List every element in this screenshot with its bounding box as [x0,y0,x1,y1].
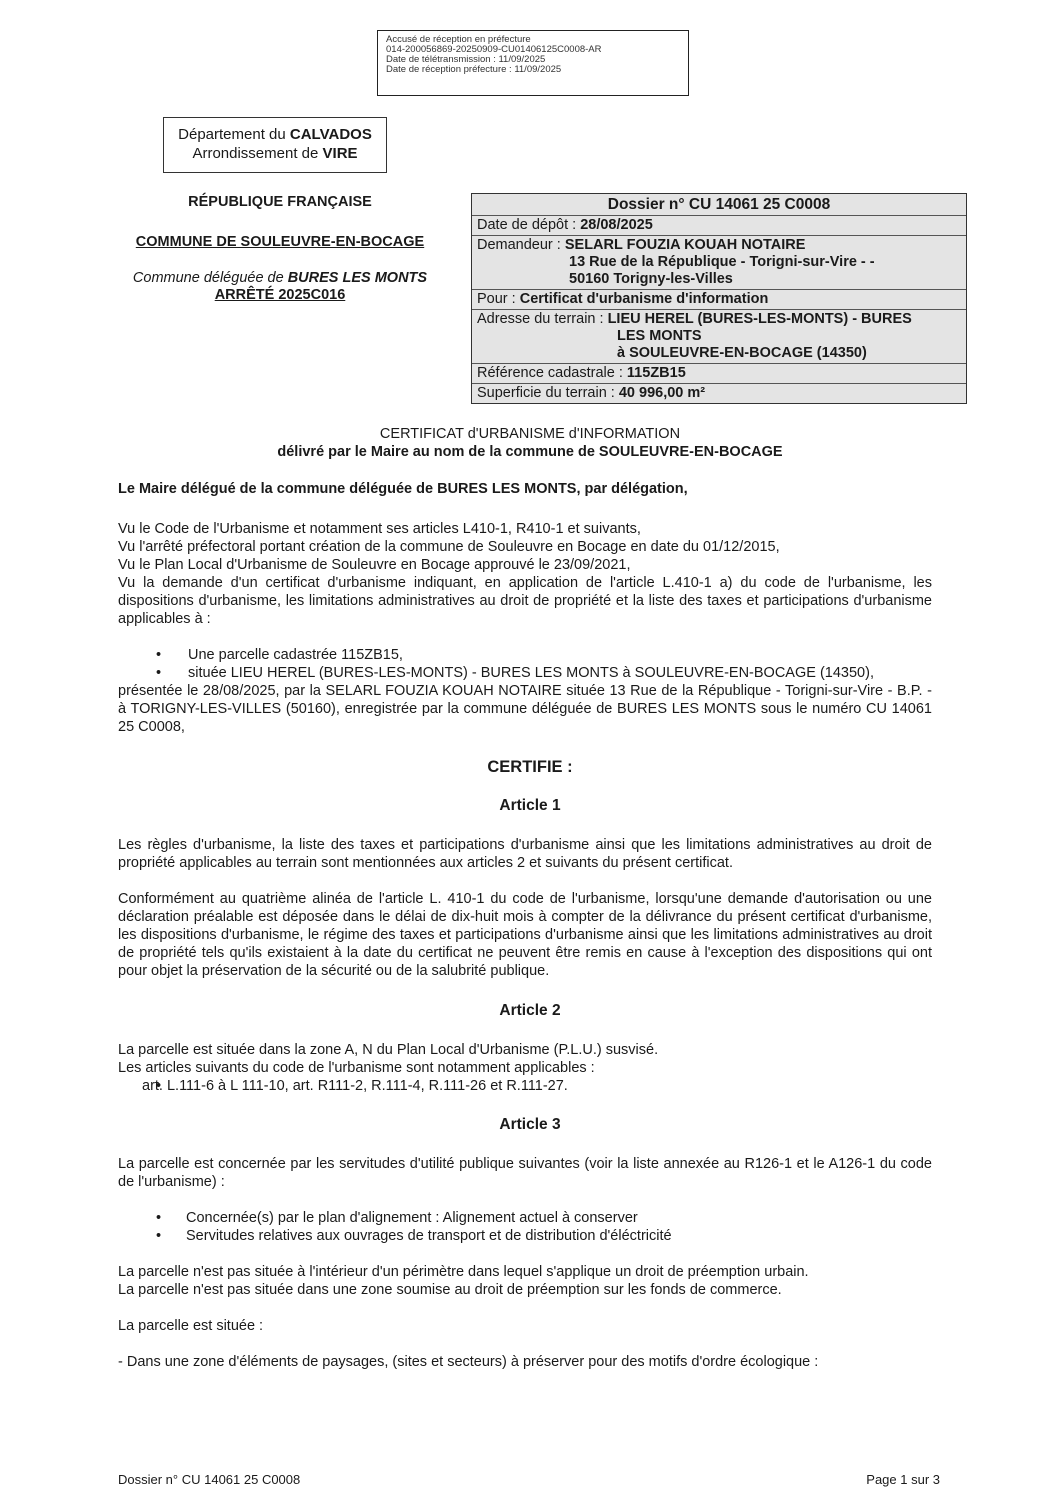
article-2-title: Article 2 [110,1002,950,1020]
article-3-paragraph: La parcelle est concernée par les servit… [118,1155,932,1191]
consideration: Vu la demande d'un certificat d'urbanism… [118,574,932,628]
cadastral-row: Référence cadastrale : 115ZB15 [472,363,966,383]
department-line: Département du CALVADOS [164,125,386,144]
article-2-body: La parcelle est située dans la zone A, N… [118,1041,932,1095]
article-2-paragraph: La parcelle est située dans la zone A, N… [118,1041,932,1059]
consideration: Vu l'arrêté préfectoral portant création… [118,538,932,556]
prefecture-receipt-stamp: Accusé de réception en préfecture 014-20… [377,30,689,96]
area-label: Superficie du terrain : [477,385,619,401]
applicant-name: SELARL FOUZIA KOUAH NOTAIRE [565,237,806,253]
certificate-subtitle: délivré par le Maire au nom de la commun… [110,444,950,460]
parcel-bullet: située LIEU HEREL (BURES-LES-MONTS) - BU… [118,664,932,682]
servitude-bullet: Servitudes relatives aux ouvrages de tra… [118,1227,932,1245]
footer-dossier: Dossier n° CU 14061 25 C0008 [118,1472,300,1487]
article-2-bullet: art. L.111-6 à L 111-10, art. R111-2, R.… [118,1077,932,1095]
area-value: 40 996,00 m² [619,385,705,401]
article-3-title: Article 3 [110,1116,950,1134]
delegated-commune: Commune déléguée de BURES LES MONTS [110,270,450,286]
cadastral-label: Référence cadastrale : [477,365,627,381]
consideration: Vu le Code de l'Urbanisme et notamment s… [118,520,932,538]
area-row: Superficie du terrain : 40 996,00 m² [472,383,966,403]
certificate-title: CERTIFICAT d'URBANISME d'INFORMATION [110,426,950,442]
department-box: Département du CALVADOS Arrondissement d… [163,117,387,173]
dossier-title: Dossier n° CU 14061 25 C0008 [472,194,966,215]
mayor-intro: Le Maire délégué de la commune déléguée … [118,481,688,497]
department-prefix: Département du [178,126,290,143]
certifie-heading: CERTIFIE : [110,758,950,777]
article-1-paragraph: Les règles d'urbanisme, la liste des tax… [118,836,932,872]
applicant-address-line: 13 Rue de la République - Torigni-sur-Vi… [477,254,961,271]
deposit-label: Date de dépôt : [477,217,580,233]
article-1-title: Article 1 [110,797,950,815]
deposit-date-row: Date de dépôt : 28/08/2025 [472,215,966,235]
article-1-body: Les règles d'urbanisme, la liste des tax… [118,836,932,980]
article-3-paragraph: La parcelle n'est pas située à l'intérie… [118,1263,932,1281]
article-2-paragraph: Les articles suivants du code de l'urban… [118,1059,932,1077]
purpose-row: Pour : Certificat d'urbanisme d'informat… [472,289,966,309]
article-3-paragraph: - Dans une zone d'éléments de paysages, … [118,1353,932,1371]
article-3-paragraph: La parcelle n'est pas située dans une zo… [118,1281,932,1299]
land-address-line: LIEU HEREL (BURES-LES-MONTS) - BURES [608,311,912,327]
article-2-bullet-text: art. L.111-6 à L 111-10, art. R111-2, R.… [142,1078,568,1094]
delegated-prefix: Commune déléguée de [133,270,288,286]
land-address-row: Adresse du terrain : LIEU HEREL (BURES-L… [472,309,966,363]
parcel-list: Une parcelle cadastrée 115ZB15, située L… [118,646,932,736]
applicant-label: Demandeur : [477,237,565,253]
land-address-label: Adresse du terrain : [477,311,608,327]
deposit-value: 28/08/2025 [580,217,653,233]
parcel-bullet: Une parcelle cadastrée 115ZB15, [118,646,932,664]
article-1-paragraph: Conformément au quatrième alinéa de l'ar… [118,890,932,980]
cadastral-value: 115ZB15 [627,365,686,381]
article-3-body: La parcelle est concernée par les servit… [118,1155,932,1371]
delegated-name: BURES LES MONTS [288,270,427,286]
presented-paragraph: présentée le 28/08/2025, par la SELARL F… [118,682,932,736]
servitude-bullet: Concernée(s) par le plan d'alignement : … [118,1209,932,1227]
department-name: CALVADOS [290,126,372,143]
consideration: Vu le Plan Local d'Urbanisme de Souleuvr… [118,556,932,574]
arrondissement-prefix: Arrondissement de [192,145,322,162]
article-3-paragraph: La parcelle est située : [118,1317,932,1335]
land-address-line: LES MONTS [477,328,961,345]
stamp-line: Date de réception préfecture : 11/09/202… [386,65,680,75]
purpose-label: Pour : [477,291,520,307]
purpose-value: Certificat d'urbanisme d'information [520,291,769,307]
applicant-row: Demandeur : SELARL FOUZIA KOUAH NOTAIRE … [472,235,966,289]
republic-heading: RÉPUBLIQUE FRANÇAISE [110,194,450,210]
considerations: Vu le Code de l'Urbanisme et notamment s… [118,520,932,628]
footer-page-number: Page 1 sur 3 [866,1472,940,1487]
applicant-address-line: 50160 Torigny-les-Villes [477,271,961,288]
arrondissement-name: VIRE [323,145,358,162]
commune-heading: COMMUNE DE SOULEUVRE-EN-BOCAGE [110,234,450,250]
arrondissement-line: Arrondissement de VIRE [164,144,386,163]
arrete-number: ARRÊTÉ 2025C016 [110,287,450,303]
land-address-line: à SOULEUVRE-EN-BOCAGE (14350) [477,345,961,362]
dossier-info-box: Dossier n° CU 14061 25 C0008 Date de dép… [471,193,967,404]
